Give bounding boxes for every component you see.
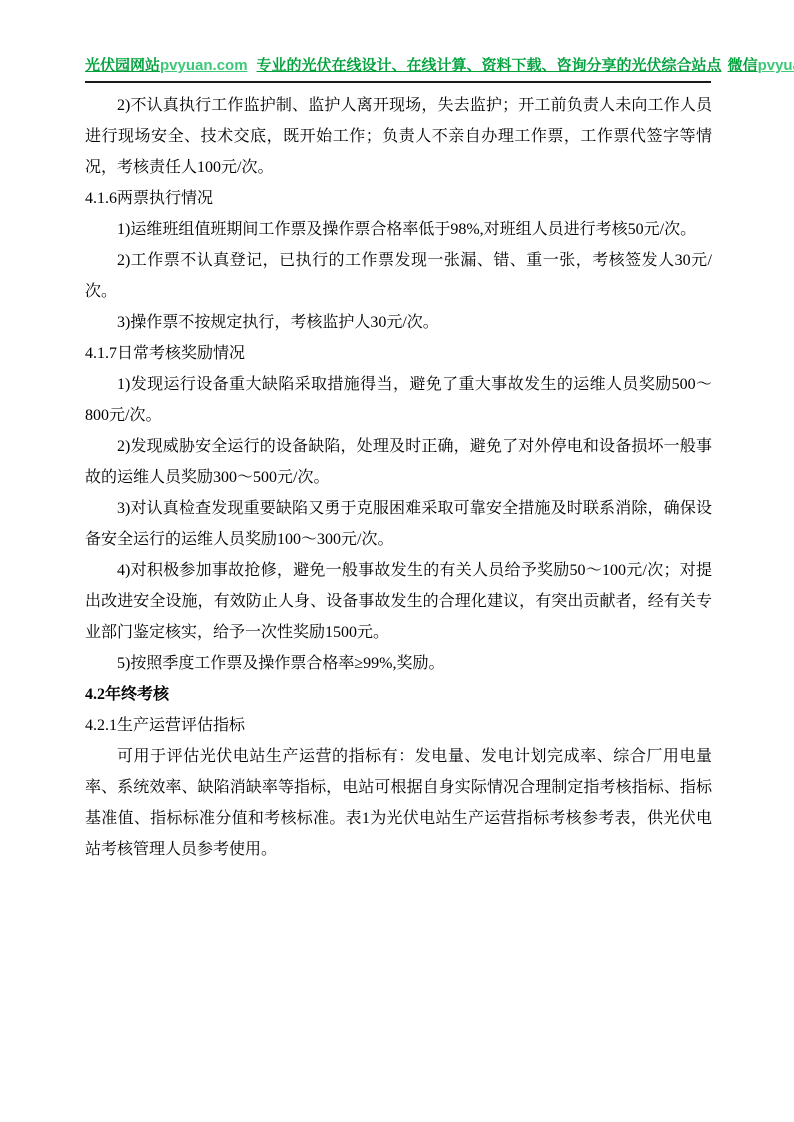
site-brand: 光伏园网站 xyxy=(85,57,160,74)
paragraph: 1)发现运行设备重大缺陷采取措施得当，避免了重大事故发生的运维人员奖励500～8… xyxy=(85,369,712,431)
paragraph: 3)对认真检查发现重要缺陷又勇于克服困难采取可靠安全措施及时联系消除，确保设备安… xyxy=(85,493,712,555)
site-url-link[interactable]: pvyuan.com xyxy=(160,57,248,74)
paragraph: 可用于评估光伏电站生产运营的指标有：发电量、发电计划完成率、综合厂用电量率、系统… xyxy=(85,741,712,865)
paragraph: 2)工作票不认真登记，已执行的工作票发现一张漏、错、重一张，考核签发人30元/次… xyxy=(85,245,712,307)
section-heading: 4.2.1生产运营评估指标 xyxy=(85,710,712,741)
paragraph: 1)运维班组值班期间工作票及操作票合格率低于98%,对班组人员进行考核50元/次… xyxy=(85,214,712,245)
section-heading: 4.1.7日常考核奖励情况 xyxy=(85,338,712,369)
paragraph: 5)按照季度工作票及操作票合格率≥99%,奖励。 xyxy=(85,648,712,679)
document-body: 2)不认真执行工作监护制、监护人离开现场，失去监护；开工前负责人未向工作人员进行… xyxy=(85,90,712,865)
document-page: 光伏园网站pvyuan.com专业的光伏在线设计、在线计算、资料下载、咨询分享的… xyxy=(0,0,794,1122)
paragraph: 2)不认真执行工作监护制、监护人离开现场，失去监护；开工前负责人未向工作人员进行… xyxy=(85,90,712,183)
site-tagline: 专业的光伏在线设计、在线计算、资料下载、咨询分享的光伏综合站点 xyxy=(257,57,722,74)
paragraph: 2)发现威胁安全运行的设备缺陷，处理及时正确，避免了对外停电和设备损坏一般事故的… xyxy=(85,431,712,493)
section-heading: 4.1.6两票执行情况 xyxy=(85,183,712,214)
wechat-label: 微信 xyxy=(728,57,758,74)
paragraph: 4)对积极参加事故抢修，避免一般事故发生的有关人员给予奖励50～100元/次；对… xyxy=(85,555,712,648)
section-heading: 4.2年终考核 xyxy=(85,679,712,710)
wechat-id: pvyuan2 xyxy=(758,57,794,74)
paragraph: 3)操作票不按规定执行，考核监护人30元/次。 xyxy=(85,307,712,338)
page-header: 光伏园网站pvyuan.com专业的光伏在线设计、在线计算、资料下载、咨询分享的… xyxy=(85,56,711,83)
